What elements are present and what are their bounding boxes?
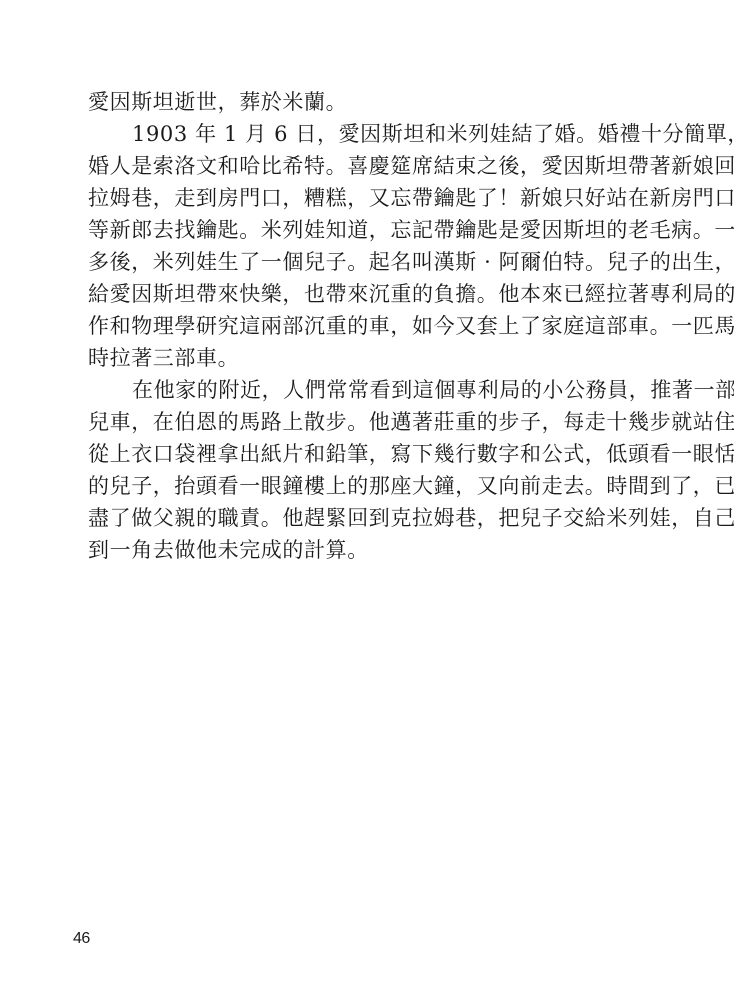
text-line: 盡了做父親的職責。他趕緊回到克拉姆巷，把兒子交給米列娃，自己鑽 <box>88 502 636 534</box>
text-line: 婚人是索洛文和哈比希特。喜慶筵席結束之後，愛因斯坦帶著新娘回克 <box>88 150 636 182</box>
document-page: 愛因斯坦逝世，葬於米蘭。 1903 年 1 月 6 日，愛因斯坦和米列娃結了婚。… <box>0 0 734 1000</box>
text-line: 時拉著三部車。 <box>88 342 636 374</box>
paragraph-start-line: 在他家的附近，人們常常看到這個專利局的小公務員，推著一部嬰 <box>88 374 636 406</box>
text-line: 兒車，在伯恩的馬路上散步。他邁著莊重的步子，每走十幾步就站住， <box>88 406 636 438</box>
text-line: 從上衣口袋裡拿出紙片和鉛筆，寫下幾行數字和公式，低頭看一眼恬睡 <box>88 438 636 470</box>
text-line: 給愛因斯坦帶來快樂，也帶來沉重的負擔。他本來已經拉著專利局的工 <box>88 278 636 310</box>
paragraph-start-line: 1903 年 1 月 6 日，愛因斯坦和米列娃結了婚。婚禮十分簡單，證 <box>88 118 636 150</box>
text-line: 愛因斯坦逝世，葬於米蘭。 <box>88 86 636 118</box>
page-number: 46 <box>73 930 90 948</box>
body-text: 愛因斯坦逝世，葬於米蘭。 1903 年 1 月 6 日，愛因斯坦和米列娃結了婚。… <box>88 86 636 566</box>
text-line: 多後，米列娃生了一個兒子。起名叫漢斯 · 阿爾伯特。兒子的出生， <box>88 246 636 278</box>
text-line: 的兒子，抬頭看一眼鐘樓上的那座大鐘，又向前走去。時間到了，已經 <box>88 470 636 502</box>
text-line: 拉姆巷，走到房門口，糟糕，又忘帶鑰匙了！新娘只好站在新房門口， <box>88 182 636 214</box>
text-line: 到一角去做他未完成的計算。 <box>88 534 636 566</box>
text-line: 等新郎去找鑰匙。米列娃知道，忘記帶鑰匙是愛因斯坦的老毛病。一年 <box>88 214 636 246</box>
text-line: 作和物理學研究這兩部沉重的車，如今又套上了家庭這部車。一匹馬同 <box>88 310 636 342</box>
